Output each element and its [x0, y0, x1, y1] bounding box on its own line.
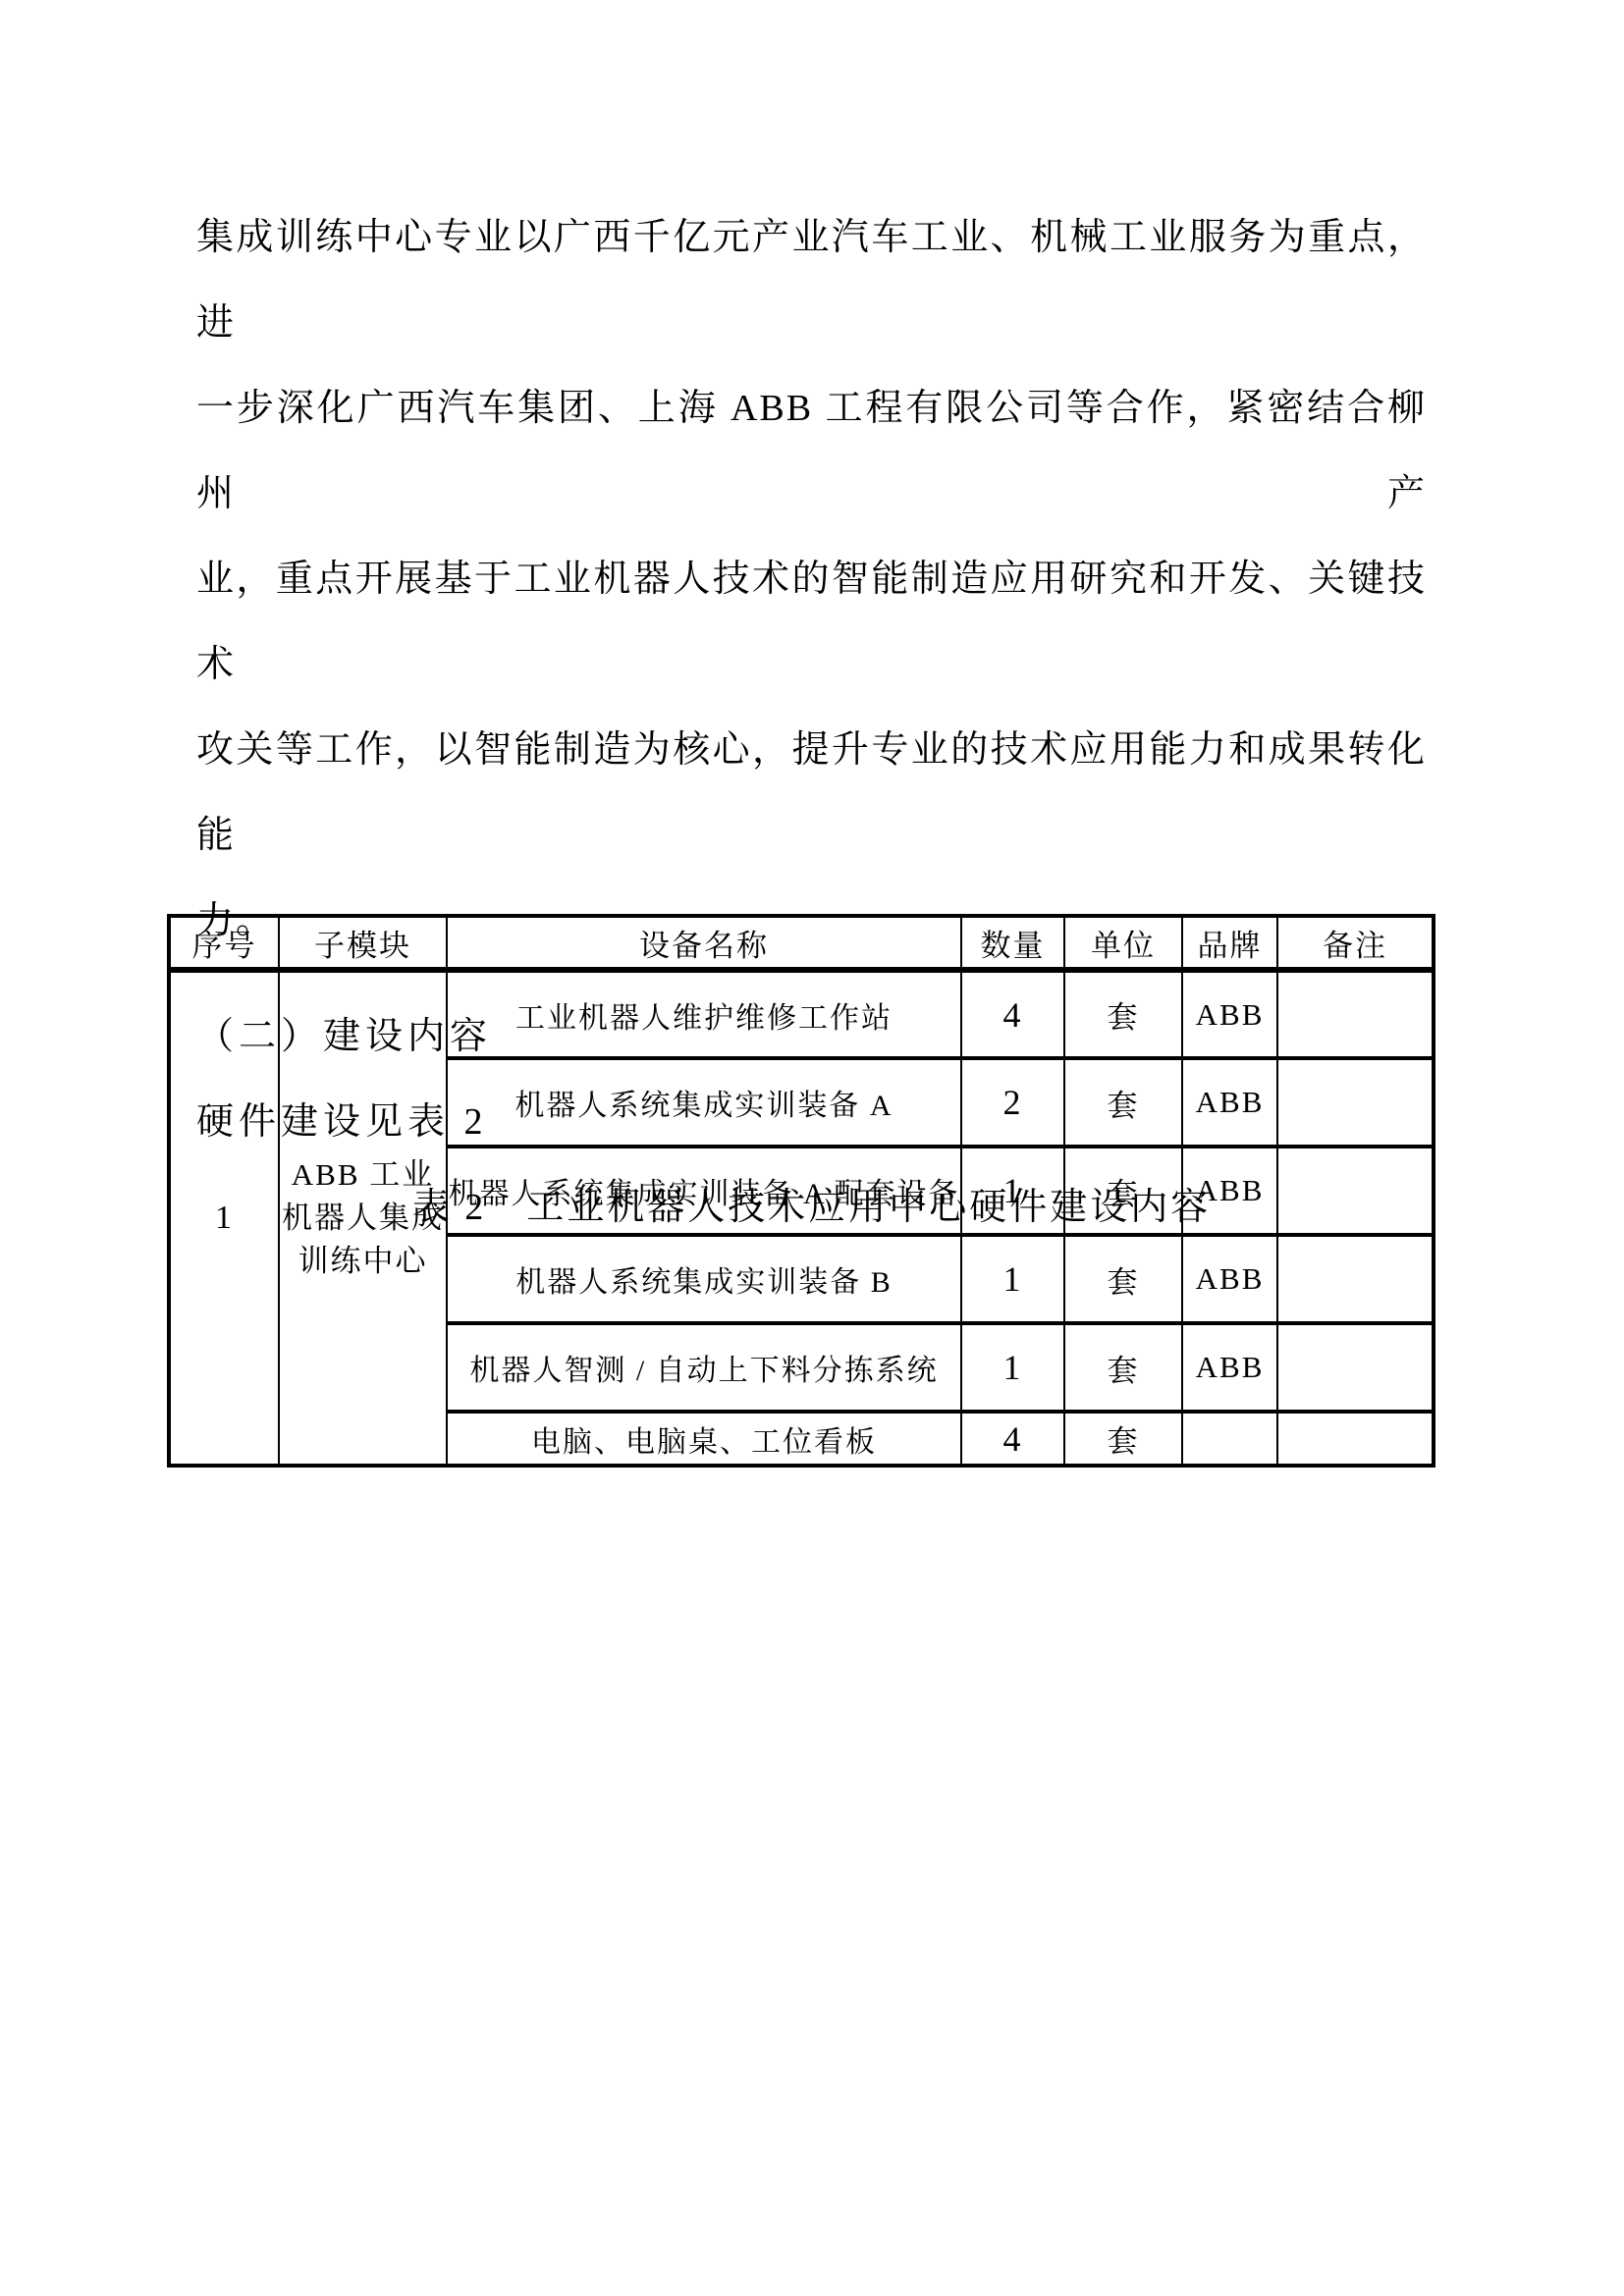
cell-remarks [1277, 1058, 1434, 1147]
paragraph-line: 集成训练中心专业以广西千亿元产业汽车工业、机械工业服务为重点，进 [196, 195, 1427, 366]
cell-remarks [1277, 1412, 1434, 1466]
cell-quantity: 1 [961, 1235, 1064, 1323]
cell-unit: 套 [1064, 1323, 1182, 1412]
col-header-device-name: 设备名称 [447, 916, 961, 970]
cell-brand: ABB [1182, 1147, 1277, 1235]
table-row: 1 ABB 工业机器人集成训练中心 工业机器人维护维修工作站 4 套 ABB [169, 970, 1434, 1058]
cell-remarks [1277, 1235, 1434, 1323]
document-page: 集成训练中心专业以广西千亿元产业汽车工业、机械工业服务为重点，进 一步深化广西汽… [0, 0, 1624, 2296]
cell-quantity: 1 [961, 1147, 1064, 1235]
cell-device-name: 机器人系统集成实训装备 A 配套设备 [447, 1147, 961, 1235]
cell-unit: 套 [1064, 1412, 1182, 1466]
cell-quantity: 4 [961, 970, 1064, 1058]
cell-brand: ABB [1182, 970, 1277, 1058]
cell-quantity: 4 [961, 1412, 1064, 1466]
table-header-row: 序号 子模块 设备名称 数量 单位 品牌 备注 [169, 916, 1434, 970]
cell-brand: ABB [1182, 1235, 1277, 1323]
cell-quantity: 1 [961, 1323, 1064, 1412]
cell-device-name: 机器人系统集成实训装备 B [447, 1235, 961, 1323]
cell-remarks [1277, 970, 1434, 1058]
cell-remarks [1277, 1147, 1434, 1235]
col-header-remarks: 备注 [1277, 916, 1434, 970]
cell-unit: 套 [1064, 970, 1182, 1058]
col-header-brand: 品牌 [1182, 916, 1277, 970]
paragraph-line: 一步深化广西汽车集团、上海 ABB 工程有限公司等合作，紧密结合柳州产 [196, 366, 1427, 537]
cell-index: 1 [169, 970, 279, 1466]
col-header-unit: 单位 [1064, 916, 1182, 970]
cell-remarks [1277, 1323, 1434, 1412]
col-header-submodule: 子模块 [279, 916, 447, 970]
paragraph-line: 攻关等工作，以智能制造为核心，提升专业的技术应用能力和成果转化能 [196, 708, 1427, 879]
paragraph-line: 业，重点开展基于工业机器人技术的智能制造应用研究和开发、关键技术 [196, 537, 1427, 708]
cell-device-name: 电脑、电脑桌、工位看板 [447, 1412, 961, 1466]
cell-unit: 套 [1064, 1058, 1182, 1147]
cell-unit: 套 [1064, 1147, 1182, 1235]
cell-device-name: 机器人系统集成实训装备 A [447, 1058, 961, 1147]
cell-device-name: 工业机器人维护维修工作站 [447, 970, 961, 1058]
cell-device-name: 机器人智测 / 自动上下料分拣系统 [447, 1323, 961, 1412]
cell-submodule: ABB 工业机器人集成训练中心 [279, 970, 447, 1466]
cell-brand: ABB [1182, 1323, 1277, 1412]
cell-brand: ABB [1182, 1058, 1277, 1147]
col-header-quantity: 数量 [961, 916, 1064, 970]
col-header-index: 序号 [169, 916, 279, 970]
cell-brand [1182, 1412, 1277, 1466]
cell-unit: 套 [1064, 1235, 1182, 1323]
hardware-table: 序号 子模块 设备名称 数量 单位 品牌 备注 1 ABB 工业机器人集成训练中… [167, 914, 1435, 1468]
cell-quantity: 2 [961, 1058, 1064, 1147]
